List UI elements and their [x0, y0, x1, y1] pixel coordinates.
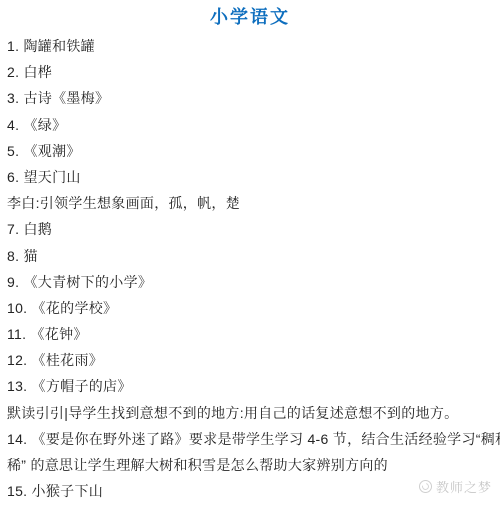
lesson-list: 1. 陶罐和铁罐2. 白桦3. 古诗《墨梅》4. 《绿》5. 《观潮》6. 望天… — [7, 33, 500, 504]
watermark: 教师之梦 — [419, 477, 492, 496]
list-line: 6. 望天门山 — [7, 164, 500, 190]
list-line: 3. 古诗《墨梅》 — [7, 85, 500, 111]
list-line: 李白:引领学生想象画面，孤，帆，楚 — [7, 190, 500, 216]
list-line: 14. 《要是你在野外迷了路》要求是带学生学习 4-6 节，结合生活经验学习“稠… — [7, 426, 500, 452]
list-line: 10. 《花的学校》 — [7, 295, 500, 321]
list-line: 8. 猫 — [7, 243, 500, 269]
list-line: 11. 《花钟》 — [7, 321, 500, 347]
watermark-text: 教师之梦 — [436, 477, 492, 496]
list-line: 9. 《大青树下的小学》 — [7, 269, 500, 295]
list-line: 12. 《桂花雨》 — [7, 347, 500, 373]
list-line: 13. 《方帽子的店》 — [7, 373, 500, 399]
page-title: 小学语文 — [0, 0, 500, 28]
list-line: 2. 白桦 — [7, 59, 500, 85]
list-line: 5. 《观潮》 — [7, 138, 500, 164]
brand-circle-logo-icon — [419, 480, 432, 493]
list-line: 7. 白鹅 — [7, 216, 500, 242]
list-line: 4. 《绿》 — [7, 112, 500, 138]
list-line: 默读引引|导学生找到意想不到的地方:用自己的话复述意想不到的地方。 — [7, 400, 500, 426]
list-line: 稀” 的意思让学生理解大树和积雪是怎么帮助大家辨别方向的 — [7, 452, 500, 478]
list-line: 1. 陶罐和铁罐 — [7, 33, 500, 59]
